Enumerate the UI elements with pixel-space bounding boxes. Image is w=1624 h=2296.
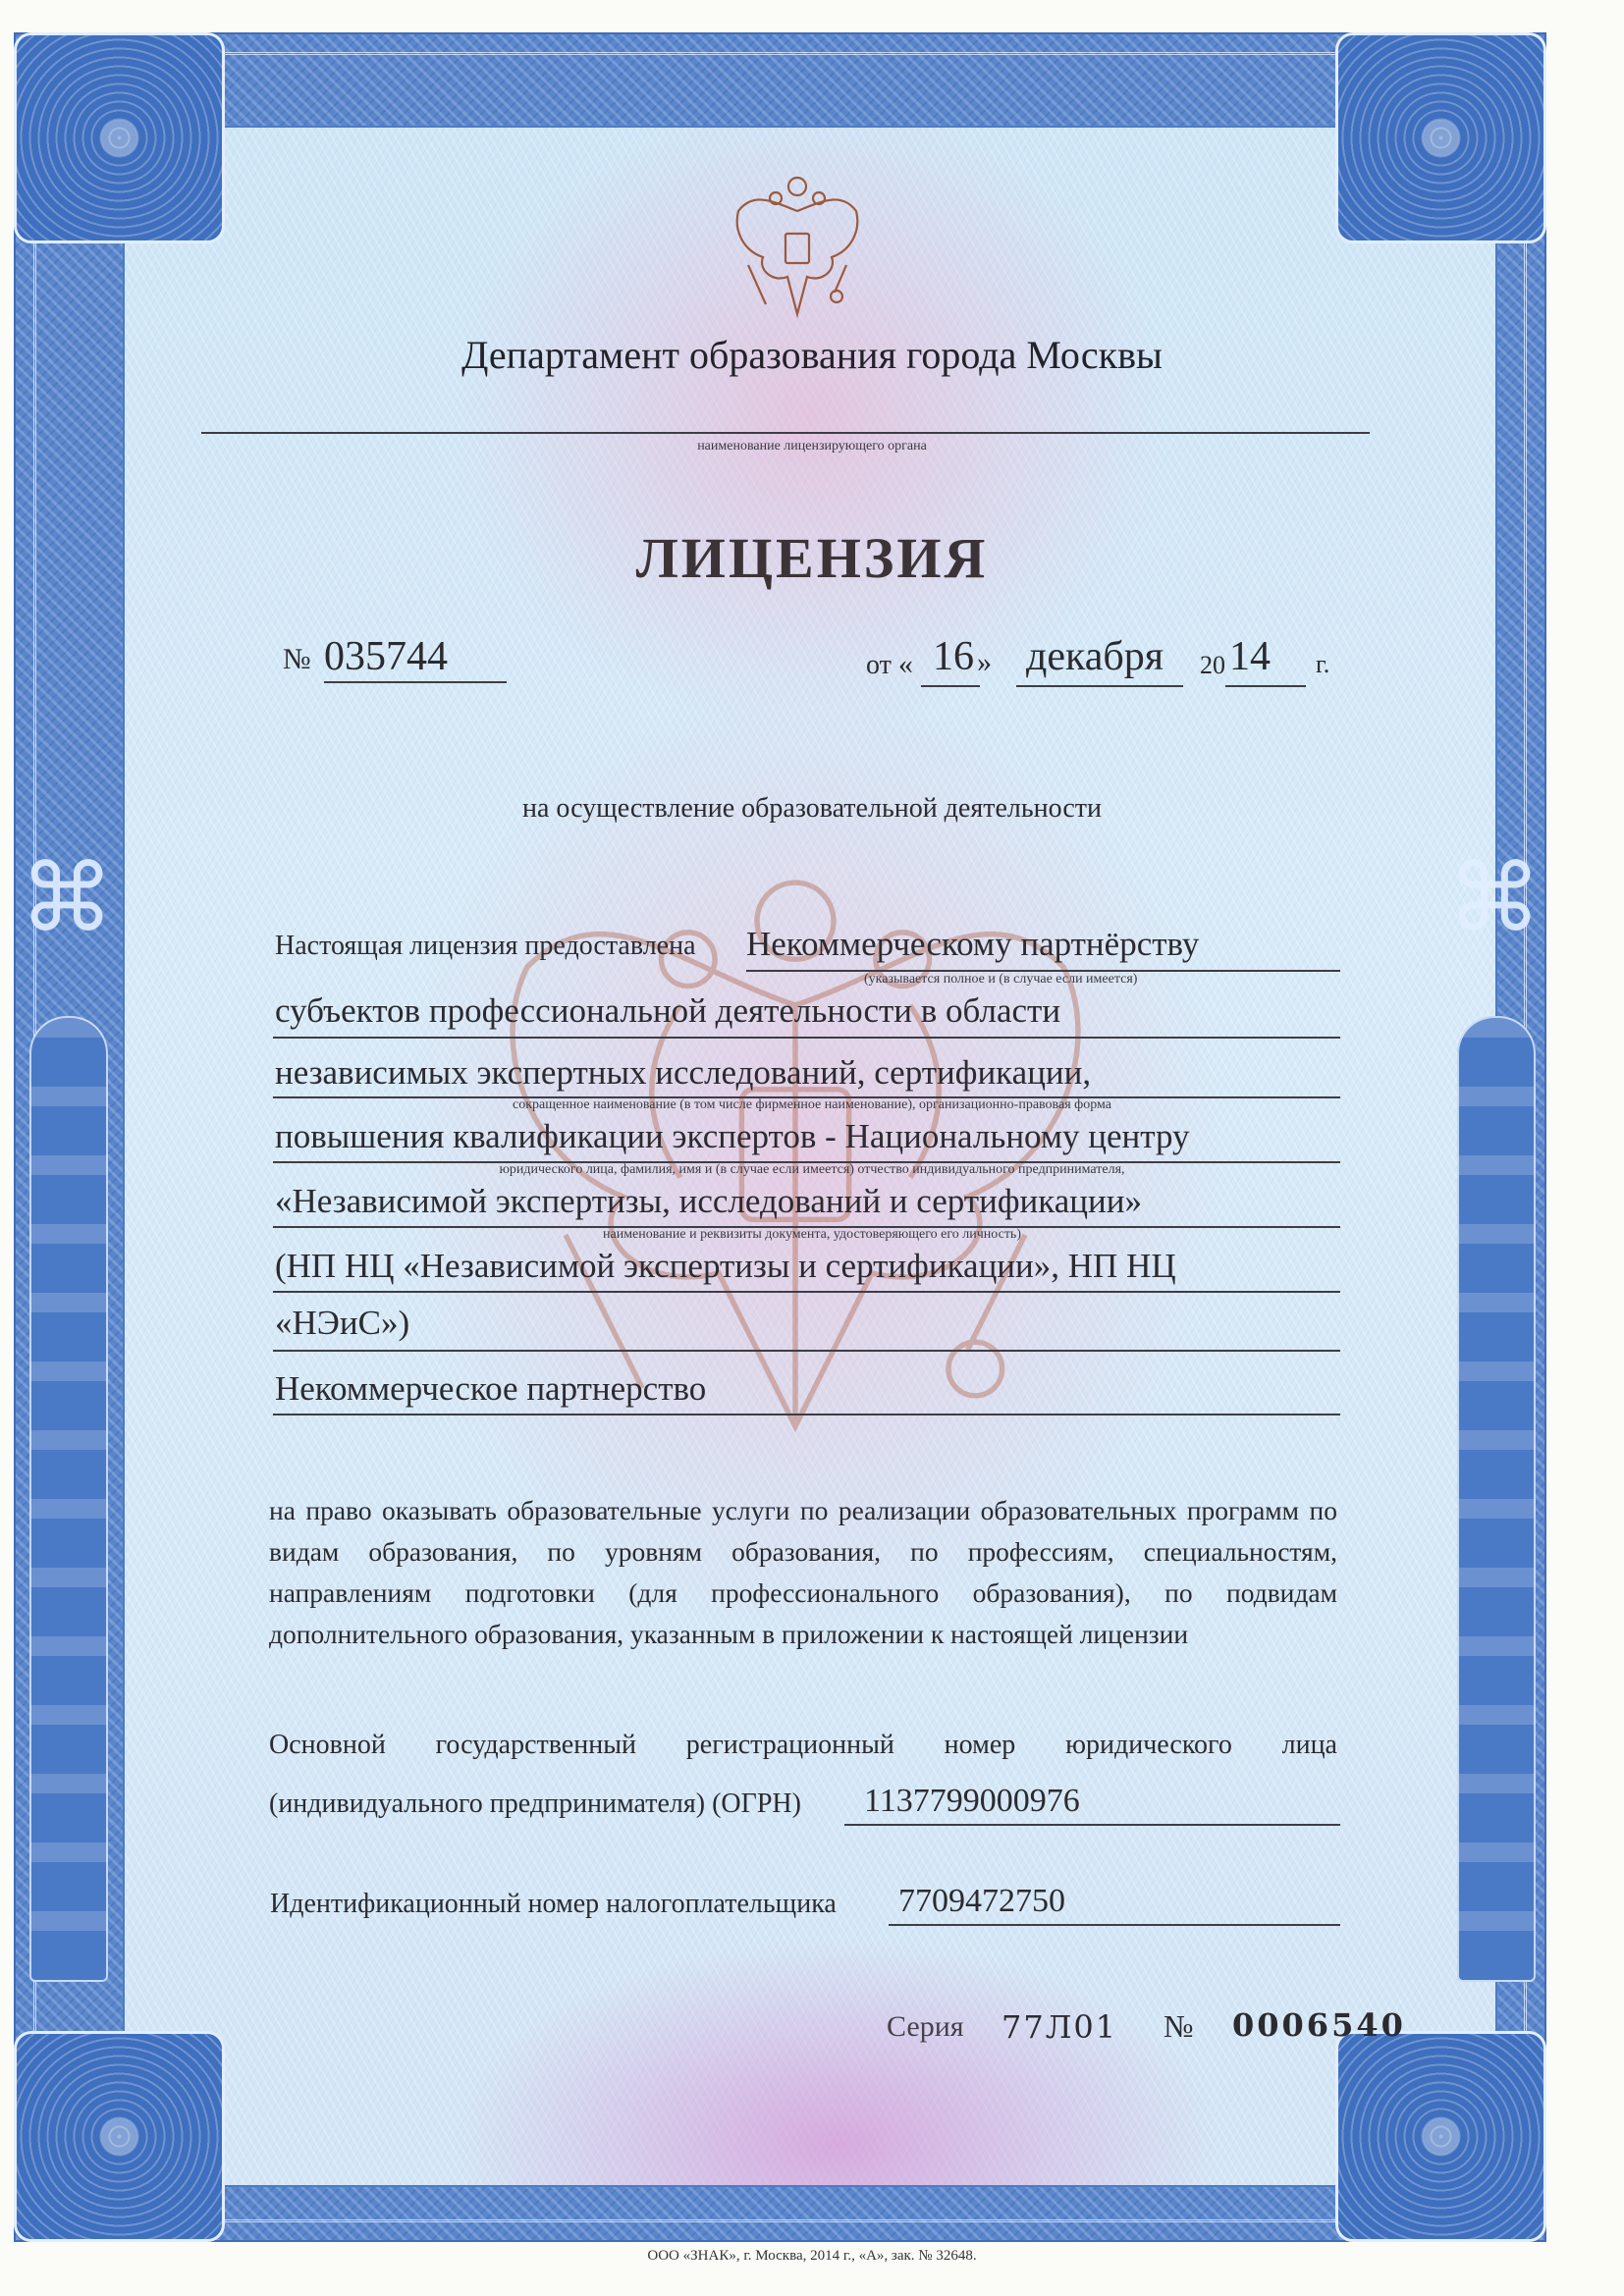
date-suffix: г. xyxy=(1316,650,1329,679)
licensing-authority: Департамент образования города Москвы xyxy=(0,332,1624,378)
license-purpose: на осуществление образовательной деятель… xyxy=(0,793,1624,825)
licensee-underline xyxy=(273,1414,1340,1415)
license-number-label: № xyxy=(283,643,311,676)
date-month: декабря xyxy=(1026,633,1164,680)
day-underline xyxy=(921,685,980,687)
authority-underline xyxy=(201,432,1370,434)
corner-ornament-icon xyxy=(14,32,225,243)
series-number: 0006540 xyxy=(1232,2006,1406,2044)
licensee-underline xyxy=(273,1350,1340,1352)
licensee-line: повышения квалификации экспертов - Нацио… xyxy=(275,1117,1190,1156)
date-quote-close: » xyxy=(977,646,992,679)
licensee-underline xyxy=(273,1037,1340,1039)
year-underline xyxy=(1225,685,1306,687)
authority-hint: наименование лицензирующего органа xyxy=(0,439,1624,454)
series-number-label: № xyxy=(1164,2008,1194,2045)
field-hint: сокращенное наименование (в том числе фи… xyxy=(0,1097,1624,1113)
month-underline xyxy=(1016,685,1183,687)
printer-note: ООО «ЗНАК», г. Москва, 2014 г., «А», зак… xyxy=(0,2248,1624,2265)
grant-label: Настоящая лицензия предоставлена xyxy=(275,931,696,962)
corner-ornament-icon xyxy=(1335,32,1546,243)
licensee-line: Некоммерческому партнёрству xyxy=(746,925,1199,964)
date-day: 16 xyxy=(933,633,974,680)
field-hint: наименование и реквизиты документа, удос… xyxy=(0,1227,1624,1243)
licensee-line: субъектов профессиональной деятельности … xyxy=(275,991,1060,1031)
licensee-line: независимых экспертных исследований, сер… xyxy=(275,1053,1091,1093)
licensee-line: «Независимой экспертизы, исследований и … xyxy=(275,1182,1142,1221)
knot-ornament-icon: ⌘ xyxy=(1445,844,1543,952)
date-label: от « xyxy=(866,648,913,681)
ogrn-value: 1137799000976 xyxy=(864,1783,1080,1820)
date-year: 14 xyxy=(1229,633,1271,680)
field-hint: юридического лица, фамилия, имя и (в слу… xyxy=(0,1162,1624,1178)
license-number: 035744 xyxy=(324,633,448,680)
inn-underline xyxy=(889,1924,1340,1926)
side-panel-ornament xyxy=(1457,1016,1536,1982)
series-label: Серия xyxy=(887,2010,964,2044)
field-hint: (указывается полное и (в случае если име… xyxy=(864,972,1137,988)
licensee-underline xyxy=(273,1291,1340,1293)
inn-value: 7709472750 xyxy=(898,1883,1065,1920)
licensee-org-form: Некоммерческое партнерство xyxy=(275,1369,706,1409)
knot-ornament-icon: ⌘ xyxy=(18,844,116,952)
side-panel-ornament xyxy=(29,1016,108,1982)
inn-label: Идентификационный номер налогоплательщик… xyxy=(270,1889,837,1920)
ogrn-label-line2: (индивидуального предпринимателя) (ОГРН) xyxy=(269,1789,801,1820)
date-century: 20 xyxy=(1200,651,1225,680)
licensee-line: (НП НЦ «Независимой экспертизы и сертифи… xyxy=(275,1247,1176,1286)
number-underline xyxy=(324,681,507,683)
rights-paragraph: на право оказывать образовательные услуг… xyxy=(269,1490,1337,1655)
corner-ornament-icon xyxy=(1335,2031,1546,2242)
corner-ornament-icon xyxy=(14,2031,225,2242)
coat-of-arms-icon xyxy=(699,167,895,324)
licensee-line: «НЭиС») xyxy=(275,1304,409,1343)
document-title: ЛИЦЕНЗИЯ xyxy=(0,525,1624,591)
ogrn-label-line1: Основной государственный регистрационный… xyxy=(269,1730,1337,1761)
ogrn-underline xyxy=(844,1824,1340,1826)
series-value: 77Л01 xyxy=(1001,2008,1117,2046)
